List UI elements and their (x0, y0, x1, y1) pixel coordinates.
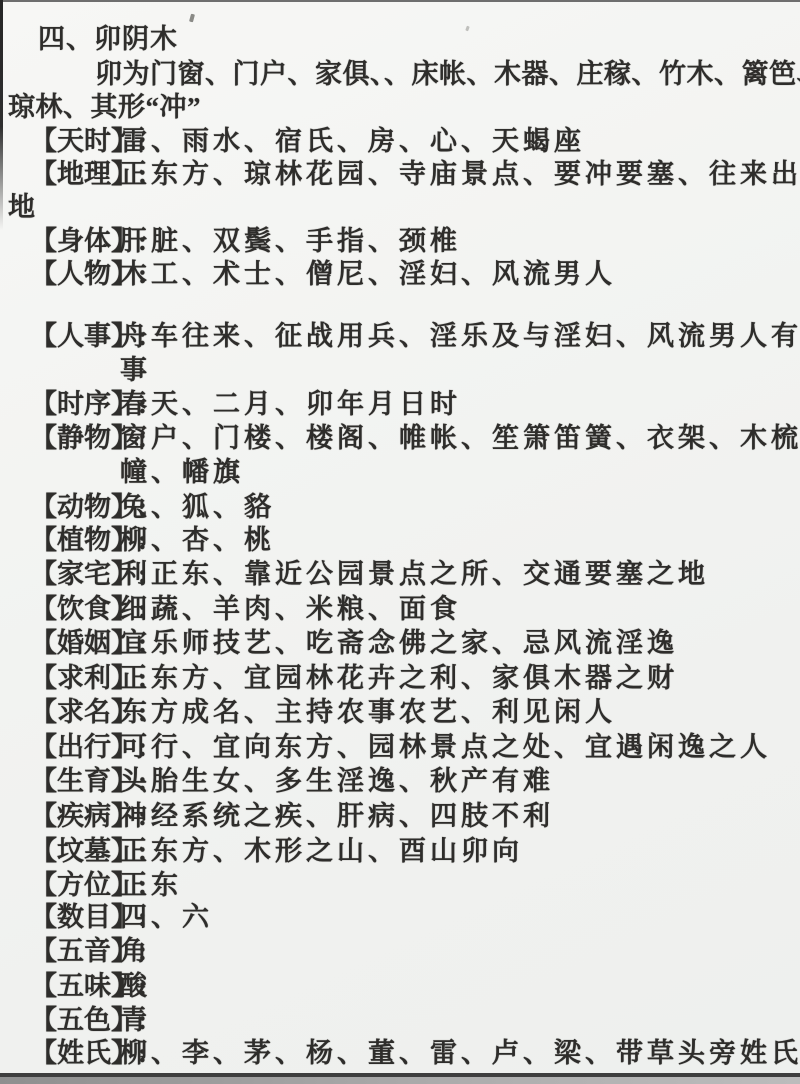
entry-text: 细蔬、羊肉、米粮、面食 (120, 595, 461, 624)
entry-text: 宜乐师技艺、吃斋念佛之家、忌风流淫逸 (120, 629, 678, 658)
entry-text: 舟车往来、征战用兵、淫乐及与淫妇、风流男人有关之 (120, 322, 800, 351)
scan-speck (189, 14, 195, 23)
entry-text: 四、六 (120, 903, 213, 932)
entry-text: 青 (120, 1006, 151, 1035)
entry-text: 头胎生女、多生淫逸、秋产有难 (120, 767, 554, 796)
entry-continuation-line: 地 (8, 193, 39, 222)
section-heading: 四、卯阴木 (38, 25, 178, 54)
scan-edge-bottom-band (0, 1077, 800, 1084)
entry-text: 正东 (120, 871, 182, 900)
entry-text: 正东方、木形之山、酉山卯向 (120, 837, 523, 866)
entry-text: 雷、雨水、宿氏、房、心、天蝎座 (120, 127, 585, 156)
entry-text: 角 (120, 937, 151, 966)
entry-text: 神经系统之疾、肝病、四肢不利 (120, 802, 554, 831)
entry-text: 木工、术士、僧尼、淫妇、风流男人 (120, 260, 616, 289)
entry-text: 兔、狐、貉 (120, 493, 275, 522)
entry-text: 春天、二月、卯年月日时 (120, 390, 461, 419)
entry-continuation-line: 事 (120, 356, 151, 385)
entry-text: 肝脏、双鬓、手指、颈椎 (120, 227, 461, 256)
entry-text: 窗户、门楼、楼阁、帷帐、笙箫笛簧、衣架、木梳、经 (120, 424, 800, 453)
scan-speck (465, 26, 470, 32)
entry-text: 柳、杏、桃 (120, 526, 275, 555)
entry-text: 正东方、琼林花园、寺庙景点、要冲要塞、往来出入之 (120, 160, 800, 189)
scan-edge-left (0, 0, 3, 230)
scan-edge-top (0, 0, 800, 2)
entry-text: 柳、李、茅、杨、董、雷、卢、梁、带草头旁姓氏 (120, 1039, 800, 1068)
entry-text: 利正东、靠近公园景点之所、交通要塞之地 (120, 560, 709, 589)
intro-paragraph-line-2: 琼林、其形“冲” (8, 93, 201, 122)
scanned-book-page: 四、卯阴木 卯为门窗、门户、家俱、、床帐、木器、庄稼、竹木、篱笆、 琼林、其形“… (0, 0, 800, 1084)
entry-continuation-line: 幢、幡旗 (120, 458, 244, 487)
entry-text: 东方成名、主持农事农艺、利见闲人 (120, 698, 616, 727)
entry-text: 可行、宜向东方、园林景点之处、宜遇闲逸之人 (120, 733, 771, 762)
entry-text: 酸 (120, 972, 151, 1001)
entry-text: 正东方、宜园林花卉之利、家俱木器之财 (120, 664, 678, 693)
intro-paragraph-line-1: 卯为门窗、门户、家俱、、床帐、木器、庄稼、竹木、篱笆、 (95, 60, 800, 89)
